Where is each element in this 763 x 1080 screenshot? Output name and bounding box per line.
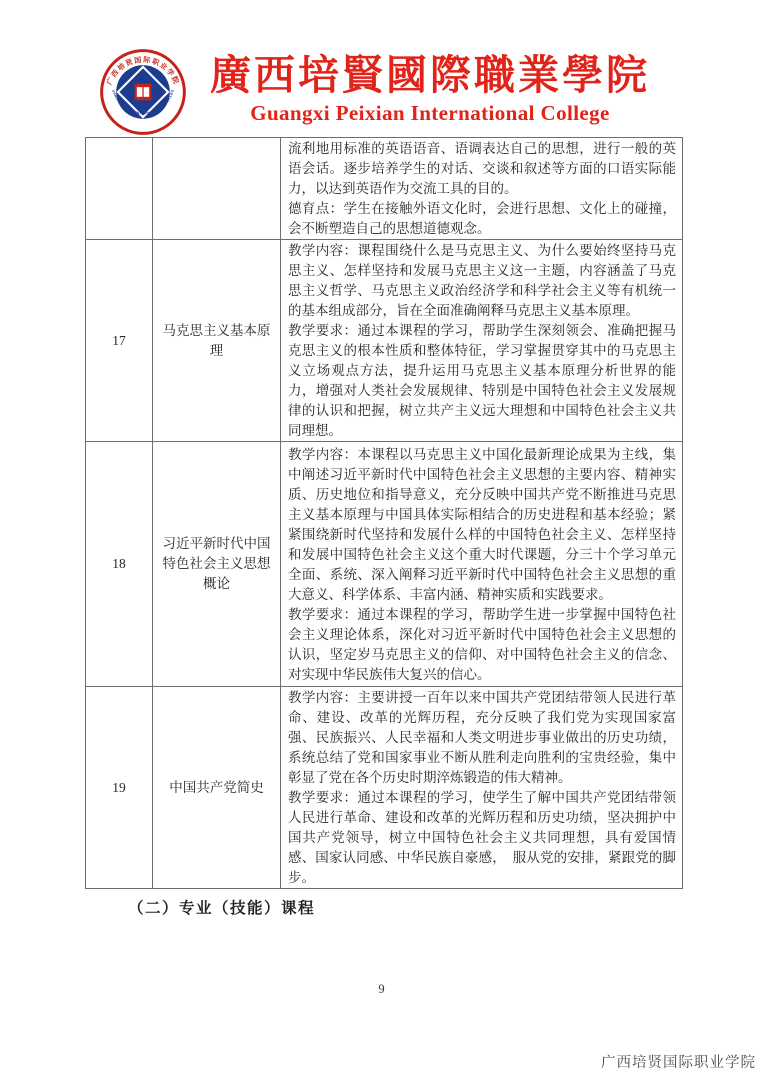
course-desc-cell: 教学内容：课程围绕什么是马克思主义、为什么要始终坚持马克思主义、怎样坚持和发展马… [281, 240, 683, 442]
course-number-cell: 17 [86, 240, 153, 442]
course-desc-cell: 教学内容：主要讲授一百年以来中国共产党团结带领人民进行革命、建设、改革的光辉历程… [281, 687, 683, 889]
course-desc-paragraph: 教学内容：本课程以马克思主义中国化最新理论成果为主线，集中阐述习近平新时代中国特… [288, 445, 676, 605]
course-desc-paragraph: 教学要求：通过本课程的学习，使学生了解中国共产党团结带领人民进行革命、建设和改革… [288, 788, 676, 888]
course-name-cell: 习近平新时代中国特色社会主义思想概论 [153, 442, 281, 687]
course-number-cell [86, 138, 153, 240]
course-desc-paragraph: 教学内容：课程围绕什么是马克思主义、为什么要始终坚持马克思主义、怎样坚持和发展马… [288, 241, 676, 321]
college-name-english: Guangxi Peixian International College [196, 101, 664, 126]
open-book-icon [137, 86, 149, 97]
course-desc-paragraph: 流利地用标准的英语语音、语调表达自己的思想，进行一般的英语会话。逐步培养学生的对… [288, 139, 676, 199]
course-desc-paragraph: 德育点：学生在接触外语文化时，会进行思想、文化上的碰撞，会不断塑造自己的思想道德… [288, 199, 676, 239]
college-name-chinese: 廣西培賢國際職業學院 [196, 50, 664, 100]
college-seal-logo: 广西培贤国际职业学院 GUANGXI PEIXIAN INTERNATIONAL… [97, 48, 189, 136]
page-number: 9 [0, 982, 763, 997]
course-description-table: 流利地用标准的英语语音、语调表达自己的思想，进行一般的英语会话。逐步培养学生的对… [85, 137, 683, 889]
course-name-cell [153, 138, 281, 240]
course-desc-paragraph: 教学要求：通过本课程的学习，帮助学生进一步掌握中国特色社会主义理论体系，深化对习… [288, 605, 676, 685]
table-row: 17 马克思主义基本原理 教学内容：课程围绕什么是马克思主义、为什么要始终坚持马… [86, 240, 683, 442]
course-desc-paragraph: 教学要求：通过本课程的学习，帮助学生深刻领会、准确把握马克思主义的根本性质和整体… [288, 321, 676, 441]
course-desc-cell: 教学内容：本课程以马克思主义中国化最新理论成果为主线，集中阐述习近平新时代中国特… [281, 442, 683, 687]
table-row: 19 中国共产党简史 教学内容：主要讲授一百年以来中国共产党团结带领人民进行革命… [86, 687, 683, 889]
footer-watermark: 广西培贤国际职业学院 [601, 1051, 756, 1072]
course-name-cell: 中国共产党简史 [153, 687, 281, 889]
course-number-cell: 19 [86, 687, 153, 889]
document-page: 广西培贤国际职业学院 GUANGXI PEIXIAN INTERNATIONAL… [0, 0, 763, 1080]
course-number-cell: 18 [86, 442, 153, 687]
college-header: 广西培贤国际职业学院 GUANGXI PEIXIAN INTERNATIONAL… [0, 0, 763, 137]
section-heading: （二）专业（技能）课程 [128, 896, 315, 918]
college-titles: 廣西培賢國際職業學院 Guangxi Peixian International… [196, 50, 664, 126]
course-name-cell: 马克思主义基本原理 [153, 240, 281, 442]
course-desc-paragraph: 教学内容：主要讲授一百年以来中国共产党团结带领人民进行革命、建设、改革的光辉历程… [288, 688, 676, 788]
table-row: 流利地用标准的英语语音、语调表达自己的思想，进行一般的英语会话。逐步培养学生的对… [86, 138, 683, 240]
course-desc-cell: 流利地用标准的英语语音、语调表达自己的思想，进行一般的英语会话。逐步培养学生的对… [281, 138, 683, 240]
table-row: 18 习近平新时代中国特色社会主义思想概论 教学内容：本课程以马克思主义中国化最… [86, 442, 683, 687]
